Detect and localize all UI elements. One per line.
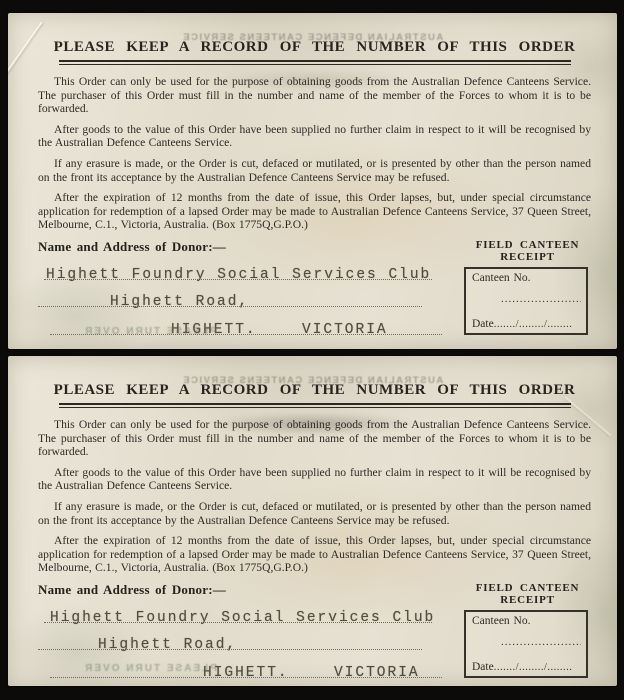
field-canteen-receipt-block: FIELD CANTEEN RECEIPT Canteen No. ......… — [464, 239, 591, 340]
order-form-scan-bottom: AUSTRALIAN DEFENCE CANTEENS SERVICE PLEA… — [8, 356, 617, 686]
date-row: Date ......./......../........ — [472, 661, 583, 673]
receipt-box: Canteen No. ........................ Dat… — [464, 610, 588, 678]
donor-name-line: Highett Foundry Social Services Club — [38, 259, 458, 285]
date-label: Date — [472, 318, 494, 330]
donor-section: Name and Address of Donor:— Highett Foun… — [38, 239, 591, 340]
donor-heading: Name and Address of Donor:— — [38, 582, 458, 598]
form-paragraph-expiration: After the expiration of 12 months from t… — [38, 534, 591, 575]
form-paragraph-usage: This Order can only be used for the purp… — [38, 418, 591, 459]
form-paragraph-claims: After goods to the value of this Order h… — [38, 466, 591, 493]
canteen-no-label: Canteen No. — [472, 615, 530, 627]
typed-donor-name: Highett Foundry Social Services Club — [50, 610, 435, 626]
bleedthrough-turn-over-text: PLEASE TURN OVER — [70, 326, 230, 337]
canteen-no-dotted-line: ........................ — [501, 636, 581, 648]
date-dotted-line: ......./......../........ — [494, 319, 583, 330]
form-paragraph-expiration: After the expiration of 12 months from t… — [38, 191, 591, 232]
typed-donor-street: Highett Road, — [98, 637, 237, 653]
form-paragraph-erasure: If any erasure is made, or the Order is … — [38, 500, 591, 527]
typed-donor-street: Highett Road, — [110, 294, 249, 310]
form-content: PLEASE KEEP A RECORD OF THE NUMBER OF TH… — [8, 356, 617, 683]
receipt-box: Canteen No. ........................ Dat… — [464, 267, 588, 335]
receipt-heading-line2: RECEIPT — [464, 594, 591, 606]
form-paragraph-claims: After goods to the value of this Order h… — [38, 123, 591, 150]
form-title: PLEASE KEEP A RECORD OF THE NUMBER OF TH… — [38, 382, 591, 399]
donor-address-block: Name and Address of Donor:— Highett Foun… — [38, 239, 458, 340]
receipt-heading-line1: FIELD CANTEEN — [464, 582, 591, 594]
date-dotted-line: ......./......../........ — [494, 662, 583, 673]
typed-donor-state: VICTORIA — [334, 665, 420, 681]
typed-donor-name: Highett Foundry Social Services Club — [46, 267, 431, 283]
receipt-heading: FIELD CANTEEN RECEIPT — [464, 239, 591, 263]
receipt-heading-line2: RECEIPT — [464, 251, 591, 263]
donor-name-line: Highett Foundry Social Services Club — [38, 602, 458, 628]
title-double-rule — [59, 403, 571, 408]
receipt-heading-line1: FIELD CANTEEN — [464, 239, 591, 251]
donor-street-line: Highett Road, — [38, 628, 458, 655]
form-paragraph-erasure: If any erasure is made, or the Order is … — [38, 157, 591, 184]
form-content: PLEASE KEEP A RECORD OF THE NUMBER OF TH… — [8, 13, 617, 340]
form-title: PLEASE KEEP A RECORD OF THE NUMBER OF TH… — [38, 39, 591, 56]
date-row: Date ......./......../........ — [472, 318, 583, 330]
title-double-rule — [59, 60, 571, 65]
canteen-no-dotted-line: ........................ — [501, 293, 581, 305]
donor-street-line: Highett Road, — [38, 285, 458, 312]
bleedthrough-turn-over-text: PLEASE TURN OVER — [70, 663, 230, 674]
donor-heading: Name and Address of Donor:— — [38, 239, 458, 255]
typed-donor-state: VICTORIA — [302, 322, 388, 338]
order-form-scan-top: AUSTRALIAN DEFENCE CANTEENS SERVICE PLEA… — [8, 13, 617, 349]
date-label: Date — [472, 661, 494, 673]
field-canteen-receipt-block: FIELD CANTEEN RECEIPT Canteen No. ......… — [464, 582, 591, 683]
receipt-heading: FIELD CANTEEN RECEIPT — [464, 582, 591, 606]
canteen-no-label: Canteen No. — [472, 272, 530, 284]
form-paragraph-usage: This Order can only be used for the purp… — [38, 75, 591, 116]
